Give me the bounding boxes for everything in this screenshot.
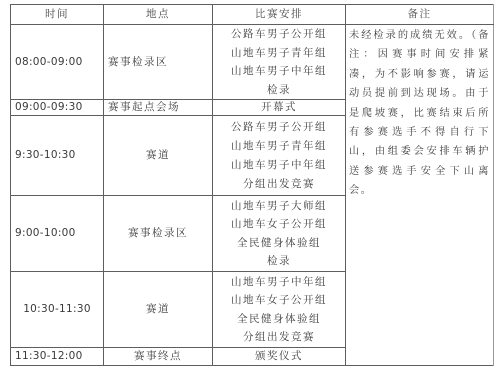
schedule-line: 全民健身体验组 <box>237 310 321 329</box>
schedule-line: 公路车男子公开组 <box>231 25 327 44</box>
schedule-line: 山地车男子大师组 <box>231 197 327 216</box>
schedule-line: 分组出发竞赛 <box>243 175 315 194</box>
row-2-place: 赛事起点会场 <box>104 100 212 115</box>
col-divider-3 <box>345 4 346 366</box>
header-place: 地点 <box>104 5 212 24</box>
row-4-place: 赛事检录区 <box>104 196 212 271</box>
row-1-schedule: 公路车男子公开组 山地车男子青年组 山地车男子中年组 检录 <box>213 25 345 99</box>
row-5-time: 10:30-11:30 <box>11 272 103 347</box>
row-3-schedule: 公路车男子公开组 山地车男子青年组 山地车男子中年组 分组出发竞赛 <box>213 116 345 195</box>
row-6-place: 赛事终点 <box>104 348 212 365</box>
row-1-time: 08:00-09:00 <box>11 25 103 99</box>
row-1-place: 赛事检录区 <box>104 25 212 99</box>
header-time: 时间 <box>11 5 103 24</box>
row-4-time: 9:00-10:00 <box>11 196 103 271</box>
row-3-place: 赛道 <box>104 116 212 195</box>
schedule-line: 检录 <box>267 81 291 100</box>
schedule-line: 公路车男子公开组 <box>231 118 327 137</box>
note-text: 未经检录的成绩无效。（备注：因赛事时间安排紧凑，为不影响参赛，请运动员提前到达现… <box>349 26 490 201</box>
row-5-schedule: 山地车男子中年组 山地车女子公开组 全民健身体验组 分组出发竞赛 <box>213 272 345 347</box>
schedule-line: 山地车男子中年组 <box>231 156 327 175</box>
row-5-place: 赛道 <box>104 272 212 347</box>
schedule-line: 分组出发竞赛 <box>243 328 315 347</box>
row-4-schedule: 山地车男子大师组 山地车女子公开组 全民健身体验组 检录 <box>213 196 345 271</box>
schedule-line: 全民健身体验组 <box>237 234 321 253</box>
row-3-time: 9:30-10:30 <box>11 116 103 195</box>
schedule-line: 山地车女子公开组 <box>231 291 327 310</box>
schedule-line: 检录 <box>267 252 291 271</box>
schedule-table: 时间 地点 比赛安排 备注 08:00-09:00 赛事检录区 公路车男子公开组… <box>10 4 494 366</box>
row-6-time: 11:30-12:00 <box>11 348 103 365</box>
schedule-line: 山地车男子中年组 <box>231 62 327 81</box>
row-2-schedule: 开幕式 <box>213 100 345 115</box>
schedule-line: 山地车男子青年组 <box>231 137 327 156</box>
schedule-line: 山地车男子青年组 <box>231 44 327 63</box>
schedule-line: 山地车男子中年组 <box>231 273 327 292</box>
header-schedule: 比赛安排 <box>213 5 345 24</box>
row-6-schedule: 颁奖仪式 <box>213 348 345 365</box>
row-2-time: 09:00-09:30 <box>11 100 103 115</box>
schedule-line: 山地车女子公开组 <box>231 215 327 234</box>
header-note: 备注 <box>346 5 493 24</box>
table-border-right <box>493 4 494 366</box>
